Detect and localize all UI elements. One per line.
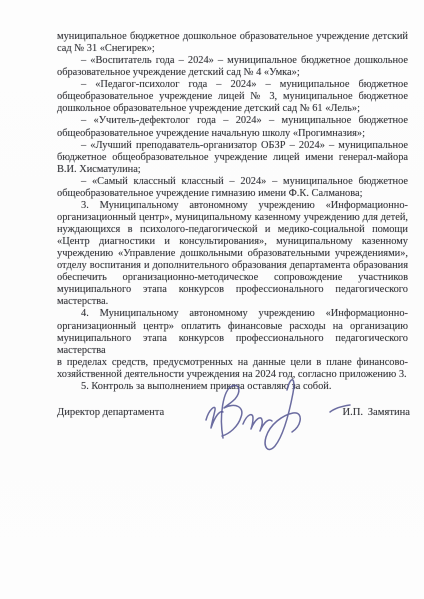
paragraph-item-3: 3. Муниципальному автономному учреждению… — [57, 200, 408, 309]
signatory-name: И.П. Замятина — [342, 407, 410, 418]
document-body: муниципальное бюджетное дошкольное образ… — [57, 31, 408, 393]
paragraph-item-5: 5. Контроль за выполнением приказа остав… — [57, 381, 408, 393]
signatory-title: Директор департамента — [57, 407, 164, 418]
document-page: муниципальное бюджетное дошкольное образ… — [0, 0, 424, 599]
paragraph-item-4-continuation: в пределах средств, предусмотренных на д… — [57, 357, 408, 381]
paragraph-prepodavatel-obzr: – «Лучший преподаватель-организатор ОБЗР… — [57, 140, 408, 176]
paragraph-item-4: 4. Муниципальному автономному учреждению… — [57, 308, 408, 356]
paragraph-uchitel-defektolog: – «Учитель-дефектолог года – 2024» – мун… — [57, 115, 408, 139]
paragraph-continuation: муниципальное бюджетное дошкольное образ… — [57, 31, 408, 55]
paragraph-samyi-klassnyi: – «Самый классный классный – 2024» – мун… — [57, 176, 408, 200]
signature-block: Директор департамента И.П. Замятина — [57, 407, 410, 418]
paragraph-pedagog-psiholog: – «Педагог-психолог года – 2024» – муниц… — [57, 79, 408, 115]
paragraph-vospitatel-goda: – «Воспитатель года – 2024» – муниципаль… — [57, 55, 408, 79]
